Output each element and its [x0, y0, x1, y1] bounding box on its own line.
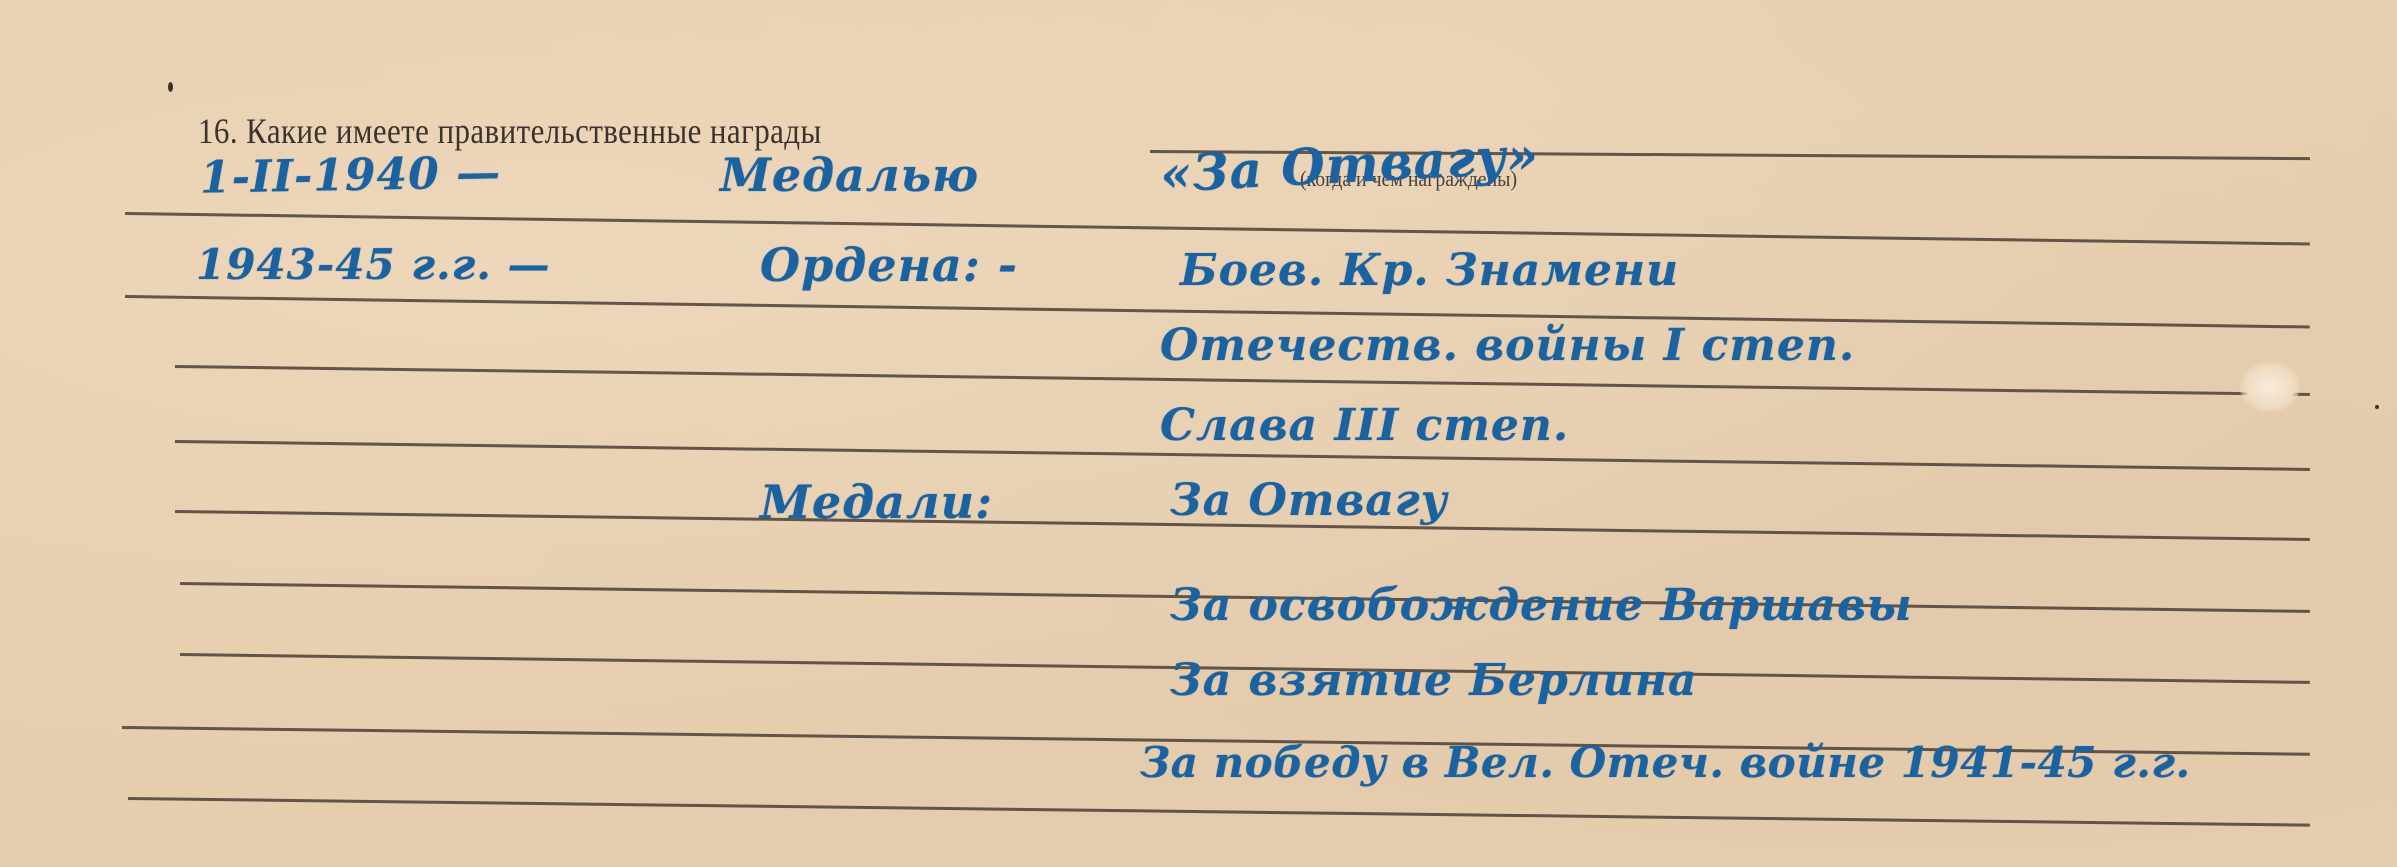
orders-label: Ордена: - [760, 238, 1018, 292]
medal-item: За победу в Вел. Отеч. войне 1941-45 г.г… [1140, 738, 2191, 787]
order-item: Отечеств. войны I степ. [1160, 320, 1855, 371]
ink-speck [2375, 405, 2379, 409]
entry2-date: 1943-45 г.г. — [196, 240, 551, 289]
order-item: Слава III степ. [1160, 400, 1569, 451]
medal-item: За освобождение Варшавы [1170, 580, 1913, 631]
entry1-date: 1-II-1940 — [200, 147, 502, 203]
medal-item: За Отвагу [1170, 475, 1448, 526]
question-label: 16. Какие имеете правительственные награ… [198, 110, 822, 152]
medals-label: Медали: [760, 475, 993, 529]
ink-speck [168, 82, 173, 92]
paper-stain [2240, 362, 2300, 412]
entry1-award-name: «За Отвагу» [1159, 125, 1541, 204]
document-sheet: 16. Какие имеете правительственные награ… [0, 0, 2397, 867]
ruled-line [128, 797, 2310, 827]
order-item: Боев. Кр. Знамени [1180, 245, 1679, 296]
entry1-award: Медалью [720, 148, 979, 202]
medal-item: За взятие Берлина [1170, 655, 1698, 706]
